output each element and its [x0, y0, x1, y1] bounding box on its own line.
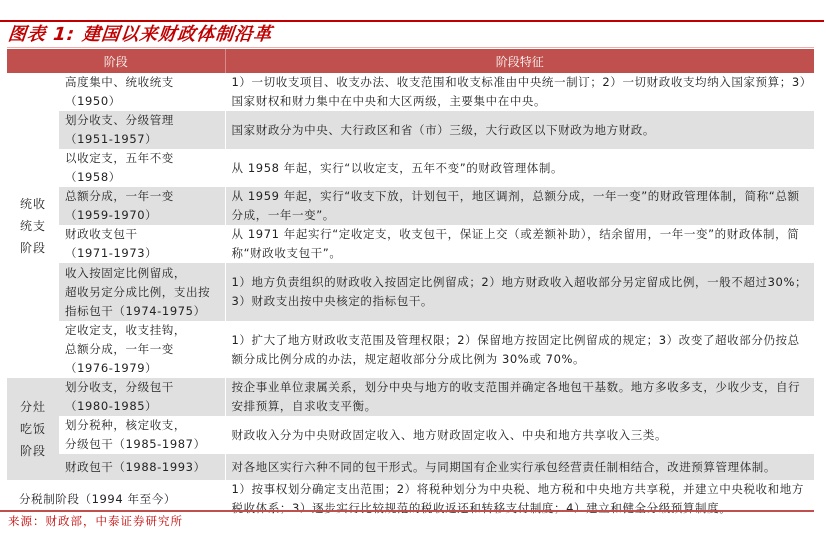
stage-cell: 高度集中、统收统支 （1950）: [59, 73, 225, 111]
bottom-rule: [0, 510, 814, 512]
source-note: 来源：财政部，中泰证券研究所: [8, 513, 183, 529]
table-row: 分灶 吃饭 阶段 划分收支，分级包干 （1980-1985） 按企事业单位隶属关…: [7, 378, 814, 416]
top-rule: [0, 20, 824, 22]
table-row: 财政收支包干 （1971-1973） 从 1971 年起实行“定收定支，收支包干…: [7, 225, 814, 263]
feature-cell: 对各地区实行六种不同的包干形式。与同期国有企业实行承包经营责任制相结合，改进预算…: [225, 454, 814, 480]
feature-cell: 从 1958 年起，实行“以收定支，五年不变”的财政管理体制。: [225, 149, 814, 187]
stage-cell: 定收定支，收支挂钩， 总额分成，一年一变 （1976-1979）: [59, 321, 225, 378]
header-stage: 阶段: [7, 49, 225, 73]
feature-cell: 按企事业单位隶属关系，划分中央与地方的收支范围并确定各地包干基数。地方多收多支，…: [225, 378, 814, 416]
stage-cell: 划分收支，分级包干 （1980-1985）: [59, 378, 225, 416]
group-label-unified: 统收 统支 阶段: [7, 73, 59, 378]
table-row: 定收定支，收支挂钩， 总额分成，一年一变 （1976-1979） 1）扩大了地方…: [7, 321, 814, 378]
feature-cell: 1）按事权划分确定支出范围；2）将税种划分为中央税、地方税和中央地方共享税，并建…: [225, 480, 814, 518]
figure-title: 图表 1: 建国以来财政体制沿革: [7, 23, 274, 47]
feature-cell: 1）地方负责组织的财政收入按固定比例留成；2）地方财政收入超收部分另定留成比例，…: [225, 263, 814, 321]
feature-cell: 从 1959 年起，实行“收支下放，计划包干，地区调剂，总额分成，一年一变”的财…: [225, 187, 814, 225]
stage-cell: 以收定支，五年不变 （1958）: [59, 149, 225, 187]
table-header-row: 阶段 阶段特征: [7, 49, 814, 73]
table-row: 总额分成，一年一变 （1959-1970） 从 1959 年起，实行“收支下放，…: [7, 187, 814, 225]
stage-cell: 划分税种，核定收支， 分级包干（1985-1987）: [59, 416, 225, 454]
table-row: 以收定支，五年不变 （1958） 从 1958 年起，实行“以收定支，五年不变”…: [7, 149, 814, 187]
feature-cell: 国家财政分为中央、大行政区和省（市）三级，大行政区以下财政为地方财政。: [225, 111, 814, 149]
fiscal-system-table: 阶段 阶段特征 统收 统支 阶段 高度集中、统收统支 （1950） 1）一切收支…: [7, 49, 814, 518]
stage-cell: 总额分成，一年一变 （1959-1970）: [59, 187, 225, 225]
stage-cell: 收入按固定比例留成， 超收另定分成比例，支出按 指标包干（1974-1975）: [59, 263, 225, 321]
table-row: 划分税种，核定收支， 分级包干（1985-1987） 财政收入分为中央财政固定收…: [7, 416, 814, 454]
feature-cell: 1）一切收支项目、收支办法、收支范围和收支标准由中央统一制订；2）一切财政收支均…: [225, 73, 814, 111]
feature-cell: 1）扩大了地方财政收支范围及管理权限；2）保留地方按固定比例留成的规定；3）改变…: [225, 321, 814, 378]
stage-cell: 财政包干（1988-1993）: [59, 454, 225, 480]
table-row: 财政包干（1988-1993） 对各地区实行六种不同的包干形式。与同期国有企业实…: [7, 454, 814, 480]
stage-cell: 划分收支、分级管理 （1951-1957）: [59, 111, 225, 149]
table-row: 收入按固定比例留成， 超收另定分成比例，支出按 指标包干（1974-1975） …: [7, 263, 814, 321]
feature-cell: 从 1971 年起实行“定收定支，收支包干，保证上交（或差额补助），结余留用，一…: [225, 225, 814, 263]
title-divider: [7, 47, 814, 48]
group-label-stove: 分灶 吃饭 阶段: [7, 378, 59, 480]
feature-cell: 财政收入分为中央财政固定收入、地方财政固定收入、中央和地方共享收入三类。: [225, 416, 814, 454]
table-row: 划分收支、分级管理 （1951-1957） 国家财政分为中央、大行政区和省（市）…: [7, 111, 814, 149]
stage-cell: 财政收支包干 （1971-1973）: [59, 225, 225, 263]
header-features: 阶段特征: [225, 49, 814, 73]
table-row: 统收 统支 阶段 高度集中、统收统支 （1950） 1）一切收支项目、收支办法、…: [7, 73, 814, 111]
